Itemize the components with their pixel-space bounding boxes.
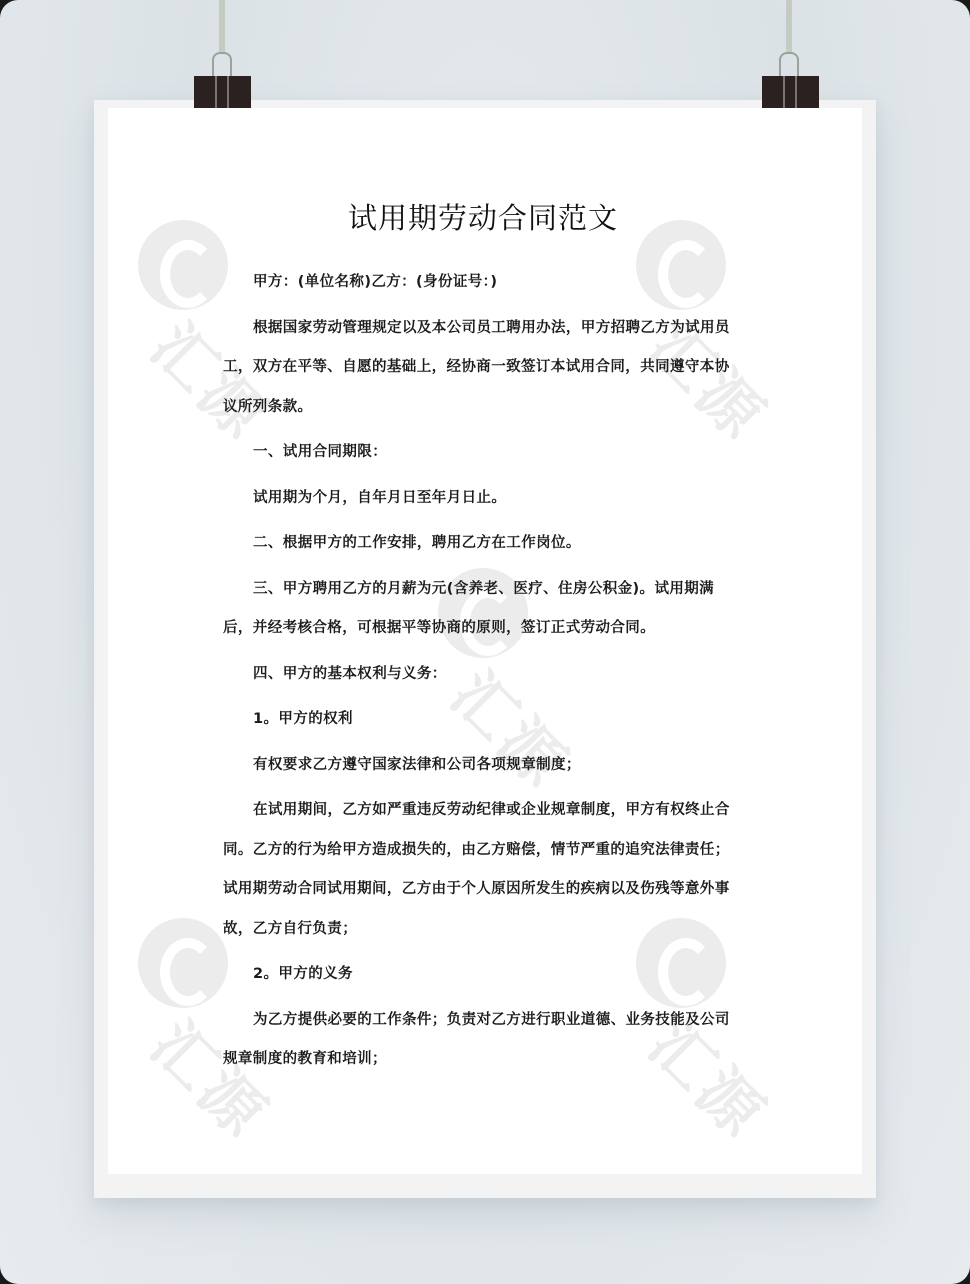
section-heading-1: 一、试用合同期限： [223, 433, 743, 473]
section-2-paragraph: 二、根据甲方的工作安排，聘用乙方在工作岗位。 [223, 524, 743, 564]
trial-period-paragraph: 试用期为个月，自年月日至年月日止。 [223, 479, 743, 519]
binder-clip-icon [194, 76, 251, 108]
subheading-obligations: 2。甲方的义务 [223, 955, 743, 995]
watermark-logo-icon [138, 220, 228, 310]
document-page: 汇源 汇源 汇源 汇源 汇源 试用期劳动合同范文 甲方：(单位名称)乙方：(身份… [108, 108, 862, 1174]
section-3-paragraph: 三、甲方聘用乙方的月薪为元(含养老、医疗、住房公积金)。试用期满后，并经考核合格… [223, 570, 743, 649]
rights-paragraph-1: 有权要求乙方遵守国家法律和公司各项规章制度； [223, 746, 743, 786]
document-title: 试用期劳动合同范文 [223, 196, 743, 237]
party-info: 甲方：(单位名称)乙方：(身份证号：) [223, 263, 743, 303]
preamble-paragraph: 根据国家劳动管理规定以及本公司员工聘用办法，甲方招聘乙方为试用员工，双方在平等、… [223, 309, 743, 428]
binder-clip-icon [762, 76, 819, 108]
document-body: 试用期劳动合同范文 甲方：(单位名称)乙方：(身份证号：) 根据国家劳动管理规定… [223, 196, 743, 1086]
subheading-rights: 1。甲方的权利 [223, 700, 743, 740]
watermark-logo-icon [138, 918, 228, 1008]
section-heading-4: 四、甲方的基本权利与义务： [223, 655, 743, 695]
rights-paragraph-2: 在试用期间，乙方如严重违反劳动纪律或企业规章制度，甲方有权终止合同。乙方的行为给… [223, 791, 743, 949]
hanging-string-right [786, 0, 792, 52]
hanging-string-left [219, 0, 225, 52]
obligations-paragraph: 为乙方提供必要的工作条件；负责对乙方进行职业道德、业务技能及公司规章制度的教育和… [223, 1001, 743, 1080]
poster-frame: 汇源 汇源 汇源 汇源 汇源 试用期劳动合同范文 甲方：(单位名称)乙方：(身份… [0, 0, 970, 1284]
